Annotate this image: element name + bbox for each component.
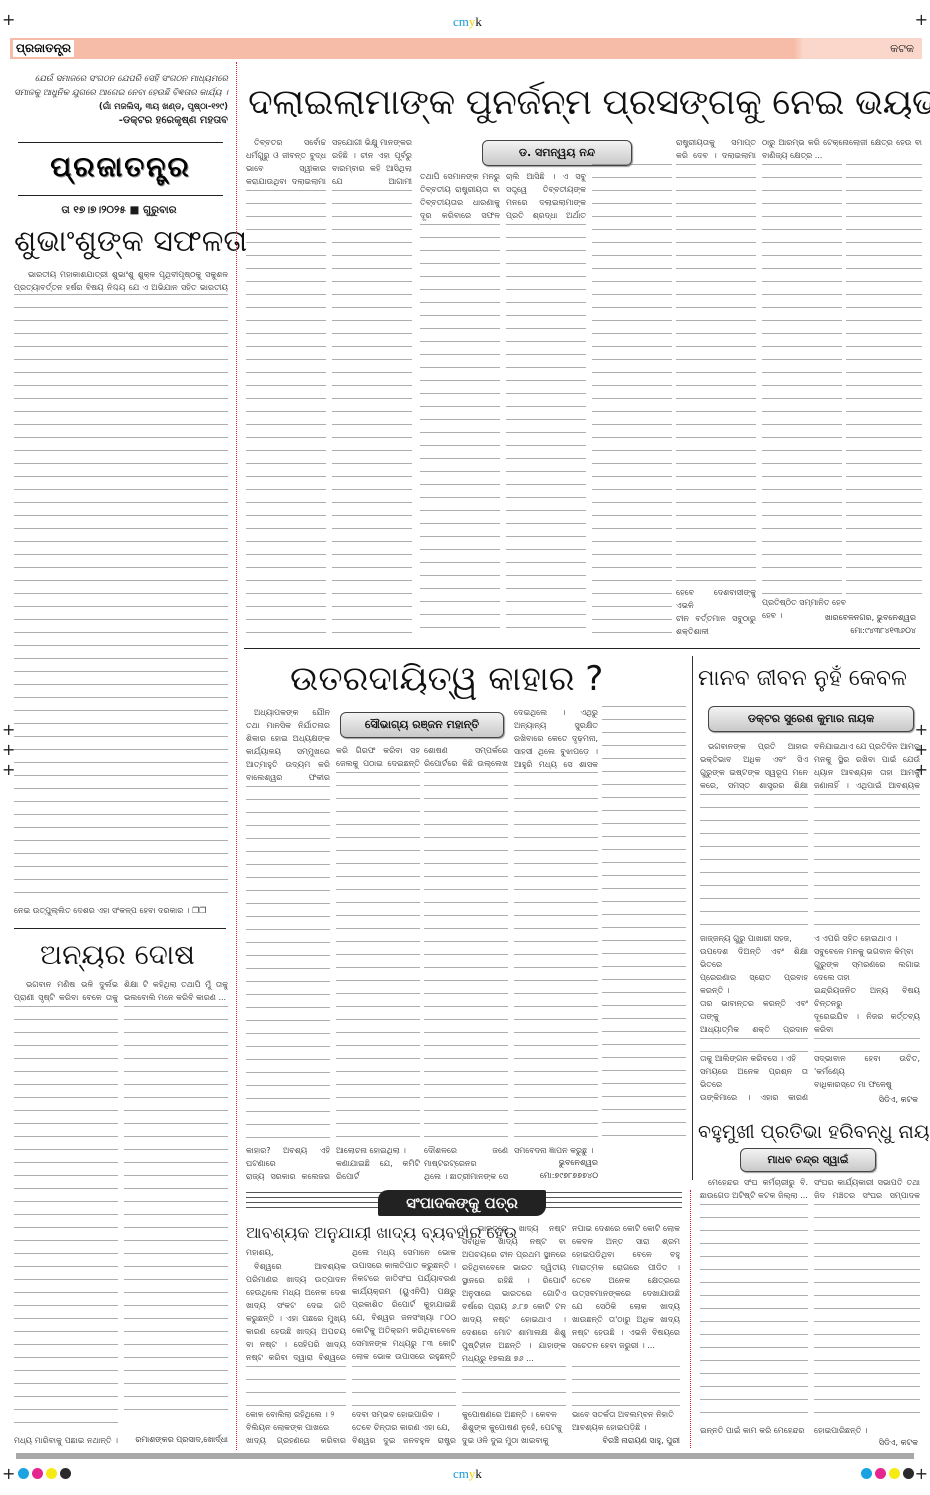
human-life-headline: ମାନବ ଜୀବନ ନୁହଁ କେବଳ xyxy=(698,664,907,694)
divider xyxy=(18,195,223,196)
black-dot xyxy=(903,1468,914,1479)
text-line: ଜାଜ୍ଜନ୍ୟ ଗୁରୁ ପାଖାରୀ ସହଜ, xyxy=(700,932,808,945)
dalai-col6-lead: ଠାରୁ ଆରମ୍ଭ କରି ଟେକ୍ନୋଲୋଜୀ କ୍ଷେତ୍ର ହେଉ ବା… xyxy=(762,136,922,162)
harabandhu-last-line-col2: ହୋଇପାରିଛନ୍ତି । xyxy=(814,1424,920,1437)
harabandhu-body-col2 xyxy=(814,1204,920,1422)
text-line: ଦୌଶଳରେ ଜଣେ ମାଷ୍ଟରଟ୍ରେନର xyxy=(424,1144,508,1170)
dalai-col5-end: ହେବେ ଦେଶବାସୀଙ୍କୁ ଏଭଳି ଚୀନ ବର୍ତ୍ତମାନ ସବୁଠ… xyxy=(676,586,756,638)
dalai-body-col6 xyxy=(762,164,842,594)
quote-author: -ଡକ୍ଟର ହରେକୃଷ୍ଣ ମହତାବ xyxy=(10,114,228,128)
letters-col2-lead: ଥିଲେ ମଧ୍ୟ ସେମାନେ ଭୋକ ଉପାସରେ କାଳାତିପାତ କର… xyxy=(352,1246,456,1364)
responsibility-col2-lead: କରି ଗିରଫ କରିବା ସହ ଜେଲକୁ ପଠାଇ ଦେଇଛନ୍ତି । … xyxy=(336,744,420,770)
responsibility-signature-place: ଭୁବନେଶ୍ୱର xyxy=(514,1157,598,1169)
editorial-2-lead: ଭଗବାନ ମଣିଷ ଭଳି ଦୁର୍ଲଭ ପ୍ରାଣୀ ସୃଷ୍ଟି କରିବ… xyxy=(14,978,118,1004)
registration-mark: + xyxy=(2,722,15,738)
harabandhu-byline: ମାଧବ ଚନ୍ଦ୍ର ସ୍ୱାଇଁ xyxy=(740,1148,876,1172)
text-line: ବିଶ୍ୱର ଦୁଇ ଜନବହୁଳ ରାଷ୍ଟ୍ର ଚୀନ xyxy=(352,1434,456,1448)
human-life-body-col2b xyxy=(814,1038,920,1052)
text-line: ବିଲିୟନ ଲୋକଙ୍କ ପାଖରେ xyxy=(246,1421,346,1434)
cmyk-k: k xyxy=(475,14,482,29)
human-life-signature: ସିଡିଏ, କଟକ xyxy=(814,1094,918,1106)
divider xyxy=(18,142,223,143)
text-line: ଆଧ୍ୟାତ୍ମିକ ଶକ୍ତି ପ୍ରଦାନ କରନ୍ତି । xyxy=(700,1023,808,1036)
masthead-date: ତା ୧୭।୭।୨୦୨୫ ■ ଗୁରୁବାର xyxy=(10,204,228,217)
quote-source: (ଗାଁ ମଜଲିସ୍, ୩ୟ ଖଣ୍ଡ, ପୃଷ୍ଠା-୧୨୯) xyxy=(10,100,228,114)
text-line: ଭାବେ ସତର୍କତା ଅବଲମ୍ବନ ନିହାତି xyxy=(572,1408,680,1421)
quote-block: ଯେଉଁ ସମାଜରେ ସଂଗଠନ ଯେପରି ସେହି ସଂଗଠନ ମାଧ୍ୟ… xyxy=(10,72,228,128)
registration-mark: + xyxy=(2,742,15,758)
text-line: ଖାଦ୍ୟ ଗ୍ରହଣରେ କରିବାର ସୁଯୋଗ xyxy=(246,1434,346,1448)
text-line: ଚୀନ ବର୍ତ୍ତମାନ ସବୁଠାରୁ ଶକ୍ତିଶାଳୀ xyxy=(676,612,756,638)
text-line: କାହାର? ଅବଶ୍ୟ ଏହି ଘଟଣାରେ xyxy=(246,1144,330,1170)
registration-mark: + xyxy=(915,742,928,758)
letters-end-col4: ଭାବେ ସତର୍କତା ଅବଲମ୍ବନ ନିହାତି ଆବଶ୍ୟକ ହୋଇପଡ… xyxy=(572,1408,680,1435)
letters-salutation: ମହାଶୟ, xyxy=(246,1246,346,1259)
masthead-title: ପ୍ରଜାତନ୍ତ୍ର xyxy=(18,150,223,182)
dalai-article-headline: ଦଲାଇଲାମାଙ୍କ ପୁନର୍ଜନ୍ମ ପ୍ରସଙ୍ଗକୁ ନେଇ ଭୟଭୀ… xyxy=(248,78,930,128)
responsibility-col4-lead: ଦେଇଥିଲେ । ଏଥିରୁ ଅନ୍ୟାନ୍ୟ ସୁରକ୍ଷିତ ରଖିବାର… xyxy=(514,706,598,770)
column-separator xyxy=(692,656,693,1180)
responsibility-body-col4 xyxy=(514,772,598,1142)
registration-mark: + xyxy=(915,722,928,738)
human-life-body-col1 xyxy=(700,794,808,932)
human-life-byline: ଡକ୍ଟର ସୁରେଶ କୁମାର ନାୟକ xyxy=(708,706,914,732)
yellow-dot xyxy=(889,1468,900,1479)
text-line: ଆଲୋଚନା ହୋଇଥିଲା । xyxy=(336,1144,420,1157)
registration-mark: + xyxy=(915,1466,928,1482)
text-line: ଦୂରେଇଯିବ । ନିଜର କର୍ତ୍ତବ୍ୟ କରିବା xyxy=(814,1010,920,1036)
text-line: ଗୁରୁଙ୍କ ସ୍ମରଣରେ ଲଗାଇ ଦେଲେ ତାହା xyxy=(814,958,920,984)
text-line: ତେବେ ଚିନ୍ତାର କାରଣ ଏହା ଯେ, xyxy=(352,1421,456,1434)
human-life-col2-lead: ବନିଯାଇଥାଏ ଯେ ପ୍ରତିଦିନ ଆମର ମନକୁ ସ୍ଥିର ରଖି… xyxy=(814,740,920,792)
letters-col4-lead: ନପାଇ ଦେଶରେ କୋଟି କୋଟି ଲୋକ କେବଳ ଅନ୍ତ ସାରା … xyxy=(572,1222,680,1364)
responsibility-end-col3: ଦୌଶଳରେ ଜଣେ ମାଷ୍ଟରଟ୍ରେନର ଥିଲେ । ଛାତ୍ରୀମାନ… xyxy=(424,1144,508,1184)
dalai-body-col1 xyxy=(246,190,326,638)
harabandhu-col2-lead: ସଂଘର କାର୍ଯ୍ୟକାରୀ ସଭାପତି ତଥା ଜିଦ ମଞ୍ଚତର ସ… xyxy=(814,1176,920,1202)
dalai-signature-place: ଖାରବେଳନଗର, ଭୁବନେଶ୍ୱର xyxy=(762,612,916,624)
cmyk-k: k xyxy=(475,1466,482,1481)
responsibility-end-col1: କାହାର? ଅବଶ୍ୟ ଏହି ଘଟଣାରେ ରାଜ୍ୟ ସରକାର କଲେଜ… xyxy=(246,1144,330,1184)
footer-bar xyxy=(16,1453,914,1459)
magenta-dot xyxy=(875,1468,886,1479)
text-line: କୋଳ ବୋଲିଲା ରହିଥିଲେ । ୨ xyxy=(246,1408,346,1421)
responsibility-body-col1 xyxy=(246,786,330,1142)
text-line: ପ୍ରତିଷ୍ଠିତ ସମ୍ମାନିତ ହେବ xyxy=(762,596,922,609)
text-line: ଦୁଇ ଓଳି ଦୁଇ ମୁଠା ଖାଇବାକୁ xyxy=(462,1434,566,1447)
registration-mark: + xyxy=(915,12,928,28)
text-line: ଇନ୍ନତି ପାଇଁ କାମ କରି ମେହେନ୍ଦର xyxy=(700,1424,808,1437)
registration-mark: + xyxy=(915,762,928,778)
human-life-body-col2 xyxy=(814,794,920,932)
text-line: ଆବଶ୍ୟକ ହୋଇପଡ଼ିଛି । xyxy=(572,1421,680,1434)
dalai-col3-lead: ତଥାପି ସେମାନଙ୍କ ମନରୁ ତିବ୍ବତୀୟ ରାଷ୍ଟ୍ରୀୟତା… xyxy=(420,170,500,222)
magenta-dot xyxy=(32,1468,43,1479)
divider xyxy=(14,928,226,929)
text-line: ହୋଇପାରିଛନ୍ତି । xyxy=(814,1424,920,1437)
text-line: ଦାଖଲ କରିଥିବା ସତ୍ତ୍ୱେ ଯୌନ xyxy=(336,1183,420,1184)
divider xyxy=(244,648,920,649)
editorial-2-headline: ଅନ୍ୟର ଦୋଷ xyxy=(40,936,195,974)
dalai-body-col3 xyxy=(420,224,500,638)
text-line: ଉପଦେଶ ଦିଅନ୍ତି ଏବଂ ଶିକ୍ଷା ଭିତରେ xyxy=(700,945,808,971)
text-line: ସବୁବେଳେ ମନକୁ ଭଗବାନ କିମ୍ବା xyxy=(814,945,920,958)
black-dot xyxy=(60,1468,71,1479)
text-line: ତାର ଭାବାନ୍ତର କରନ୍ତି ଏବଂ ତାଙ୍କୁ xyxy=(700,997,808,1023)
dalai-col1-lead: ତିବ୍ବତର ସର୍ବୋଚ୍ଚ ଧର୍ମଗୁରୁ ଓ ଜୀବନ୍ତ ବୁଦ୍ଧ… xyxy=(246,136,326,188)
responsibility-end-col2: ଆଲୋଚନା ହୋଇଥିଲା । କଣାଯାଇଛି ଯେ, କମିଟି ରିପୋ… xyxy=(336,1144,420,1184)
dalai-col2-lead: ସହଯୋଗୀ ଭିକ୍ଷୁ ମାନଙ୍କର ରହିଛି । ଚୀନ ଏହା ପୂ… xyxy=(332,136,412,188)
letters-body-col3 xyxy=(462,1366,566,1408)
column-separator xyxy=(236,62,237,1450)
text-line: ହେବେ ଦେଶବାସୀଙ୍କୁ ଏଭଳି xyxy=(676,586,756,612)
text-line: ସଦ୍ଭାବାନ ହେବା ଉଚିତ, 'କର୍ମଣ୍ୟେ xyxy=(814,1052,920,1078)
dalai-col5-lead: ରାଷ୍ଟ୍ରୀୟତାକୁ ସମାପ୍ତ କରି ଦେବ । ଦଲାଇଲାମା … xyxy=(676,136,756,162)
header-logo: ପ୍ରଜାତନ୍ତ୍ର xyxy=(13,40,74,57)
responsibility-body-col3 xyxy=(424,772,508,1142)
cmyk-label: cmyk xyxy=(453,1466,482,1482)
page-header: ପ୍ରଜାତନ୍ତ୍ର କଟକ xyxy=(10,38,922,59)
text-line: ତାକୁ ଆଲିଙ୍ଗନ କରିବସେ । ଏହି xyxy=(700,1052,808,1065)
text-line: ଉଙ୍କିମାରେ । ଏହାର କାରଣ ହେଉଛି xyxy=(700,1091,808,1106)
cyan-dot xyxy=(18,1468,29,1479)
dalai-body-col2 xyxy=(332,190,412,638)
text-line: କଦାଚନ । xyxy=(814,1091,920,1092)
dalai-col4-lead: ଚାଲି ଆସିଛି । ଏ ସବୁ ସତ୍ତ୍ୱେ ତିବ୍ବତୀୟଙ୍କ ମ… xyxy=(506,170,586,222)
text-line: ସମୟରେ ଅନେକ ପ୍ରଶ୍ନ ତା ଭିତରେ xyxy=(700,1065,808,1091)
responsibility-end-col4: ସମବେଦନା ଜ୍ଞାପନ କରୁଛୁ । xyxy=(514,1144,598,1158)
cmyk-m: m xyxy=(459,1466,469,1481)
column-separator xyxy=(690,1190,691,1448)
cmyk-m: m xyxy=(459,14,469,29)
letters-col3-lead: ଓ ଭାରତରେ ଖାଦ୍ୟ ନଷ୍ଟ ସର୍ବାଧିକ ଖାଦ୍ୟ ନଷ୍ଟ … xyxy=(462,1222,566,1364)
human-life-end-col2: ସଦ୍ଭାବାନ ହେବା ଉଚିତ, 'କର୍ମଣ୍ୟେ ବାଧିକାରସ୍ତ… xyxy=(814,1052,920,1092)
registration-mark: + xyxy=(2,1466,15,1482)
human-life-mid-col1: ଜାଜ୍ଜନ୍ୟ ଗୁରୁ ପାଖାରୀ ସହଜ, ଉପଦେଶ ଦିଅନ୍ତି … xyxy=(700,932,808,1036)
text-line: ପ୍ରେରଣାର ସ୍ରୋତ ପ୍ରବାହ କରନ୍ତି । xyxy=(700,971,808,997)
editorial-2-last-line: ମଧ୍ୟ ମାରିବାକୁ ପଛାଇ ନଥାନ୍ତି । ମାତ୍ର xyxy=(14,1434,118,1447)
letters-end-col3: କୁପୋଷଣରେ ଅଛନ୍ତି । କେବଳ ଶିଶୁଙ୍କ କୁପୋଷଣ ନୁ… xyxy=(462,1408,566,1448)
text-line: ଥିଲେ । ଛାତ୍ରୀମାନଙ୍କ ସେ ଆତ୍ମରକ୍ଷା xyxy=(424,1170,508,1184)
quote-text: ଯେଉଁ ସମାଜରେ ସଂଗଠନ ଯେପରି ସେହି ସଂଗଠନ ମାଧ୍ୟ… xyxy=(10,72,228,100)
letters-end-col2: ଦେବା ସମ୍ଭବ ହୋଇପାରିବ । ତେବେ ଚିନ୍ତାର କାରଣ … xyxy=(352,1408,456,1448)
dalai-body-col4b xyxy=(592,164,672,638)
dalai-body-col7 xyxy=(846,164,922,594)
text-line: ରାଜ୍ୟ ସରକାର କଲେଜର ଅଧ୍ୟାପକ xyxy=(246,1170,330,1184)
editorial-1-closing: ନେଇ ଉତ୍ପୁଲ୍ଲିତ ଦେଶର ଏହା ସଂକଳ୍ପ ହେବା ଦରକା… xyxy=(14,904,228,918)
letters-end-col1: କୋଳ ବୋଲିଲା ରହିଥିଲେ । ୨ ବିଲିୟନ ଲୋକଙ୍କ ପାଖ… xyxy=(246,1408,346,1448)
text-line: ସମବେଦନା ଜ୍ଞାପନ କରୁଛୁ । xyxy=(514,1144,598,1157)
header-city: କଟକ xyxy=(890,41,914,56)
letters-body-col2 xyxy=(352,1366,456,1408)
text-line: କୁପୋଷଣରେ ଅଛନ୍ତି । କେବଳ xyxy=(462,1408,566,1421)
human-life-end-col1: ତାକୁ ଆଲିଙ୍ଗନ କରିବସେ । ଏହି ସମୟରେ ଅନେକ ପ୍ର… xyxy=(700,1052,808,1106)
cyan-dot xyxy=(861,1468,872,1479)
harabandhu-last-lines: ଇନ୍ନତି ପାଇଁ କାମ କରି ମେହେନ୍ଦର xyxy=(700,1424,808,1450)
responsibility-body-col5 xyxy=(602,706,686,1142)
responsibility-headline: ଉତରଦାୟିତ୍ୱ କାହାର ? xyxy=(290,656,603,702)
responsibility-signature-phone: ମୋ:୭୯୭୮୭୭୭୪୦ xyxy=(514,1170,598,1182)
responsibility-col1-lead: ଅଧ୍ୟାପକଙ୍କ ଯୌନ ତଥା ମାନସିକ ନିର୍ଯାତନାର ଶିକ… xyxy=(246,706,330,784)
editorial-2-body-col1 xyxy=(14,1006,118,1432)
letters-body-col1 xyxy=(246,1366,346,1408)
letters-body-col4 xyxy=(572,1366,680,1408)
registration-mark: + xyxy=(2,762,15,778)
editorial-1-headline: ଶୁଭାଂଶୁଙ୍କ ସଫଳତା xyxy=(14,222,247,262)
harabandhu-signature: ସିଡିଏ, କଟକ xyxy=(814,1437,918,1449)
editorial-2-body-col2 xyxy=(124,1006,228,1418)
letters-banner: ସଂପାଦକଙ୍କୁ ପତ୍ର xyxy=(378,1190,546,1216)
text-line: ଦେବା ସମ୍ଭବ ହୋଇପାରିବ । xyxy=(352,1408,456,1421)
text-line: ଶିଶୁଙ୍କ କୁପୋଷଣ ନୁହେଁ, ପେଟକୁ xyxy=(462,1421,566,1434)
letters-col1-lead: ବିଶ୍ୱରେ ଆବଶ୍ୟକ ପରିମାଣର ଖାଦ୍ୟ ଉତ୍ପାଦନ ହେଉ… xyxy=(246,1260,346,1364)
responsibility-body-col2 xyxy=(336,772,420,1142)
dalai-body-col4 xyxy=(506,224,586,638)
editorial-2-col2-lead: ଶିକ୍ଷା ଟି କହିଥିଲା ତଥାପି ମୁଁ ତାକୁ ଭଲବୋଲି … xyxy=(124,978,228,1004)
human-life-body-col1b xyxy=(700,1038,808,1052)
text-line: ବାଧିକାରସ୍ତେ ମା ଫଳେଷୁ xyxy=(814,1078,920,1091)
yellow-dot xyxy=(46,1468,57,1479)
registration-mark: + xyxy=(2,12,15,28)
harabandhu-headline: ବହୁମୁଖୀ ପ୍ରତିଭା ହରିବନ୍ଧୁ ନାୟକ xyxy=(698,1118,930,1146)
dalai-byline: ଡ. ସମନ୍ୱୟ ନନ୍ଦ xyxy=(482,140,632,166)
text-line: କଣାଯାଇଛି ଯେ, କମିଟି ରିପୋର୍ଟ xyxy=(336,1157,420,1183)
editorial-1-lead: ଭାରତୀୟ ମହାକାଶଯାତ୍ରୀ ଶୁଭାଂଶୁ ଶୁକ୍ଳ ପୃଥିବୀ… xyxy=(14,268,228,292)
text-line: ଇନ୍ଦ୍ରିୟଜନିତ ଅନ୍ୟ ବିଷୟ ଚିନ୍ତନରୁ xyxy=(814,984,920,1010)
responsibility-col3-lead: ଶୋଷଣ ସମ୍ପର୍କରେ ରିପୋର୍ଟରେ କିଛି ଉଲ୍ଲେଖ ନାହ… xyxy=(424,744,508,770)
dalai-body-col5 xyxy=(676,164,756,584)
harabandhu-col1-lead: ମେହେନ୍ଦର ସଂଘ କର୍ମଚାରୀରୁ ବି. ଛାଉଗେଡ ଅଟିଷ୍… xyxy=(700,1176,808,1202)
harabandhu-body-col1 xyxy=(700,1204,808,1422)
text-line: ଏ ଏପରି ସହିତ ହୋଇଥାଏ । xyxy=(814,932,920,945)
responsibility-byline: ସୌଭାଗ୍ୟ ରଞ୍ଜନ ମହାନ୍ତି xyxy=(340,712,504,738)
letters-signature: ବିରଞ୍ଚି ନାରାୟଣ ସାହୁ, ପୁରୀ xyxy=(572,1435,680,1447)
cmyk-label: cmyk xyxy=(453,14,482,30)
editorial-1-body xyxy=(14,294,228,902)
editorial-2-signature: ରମାଶଙ୍କର ପ୍ରସାଦ,ଖୋର୍ଦ୍ଧା xyxy=(124,1434,228,1446)
dalai-signature-phone: ମୋ:୯୪୩୮୪୧୩୬୦୪ xyxy=(762,625,916,637)
human-life-col1-lead: ଭଗବାନଙ୍କ ପ୍ରତି ଆହାର ଭକ୍ତିଭାବ ଅଧିକ ଏବଂ ସି… xyxy=(700,740,808,792)
human-life-mid-col2: ଏ ଏପରି ସହିତ ହୋଇଥାଏ । ସବୁବେଳେ ମନକୁ ଭଗବାନ … xyxy=(814,932,920,1036)
